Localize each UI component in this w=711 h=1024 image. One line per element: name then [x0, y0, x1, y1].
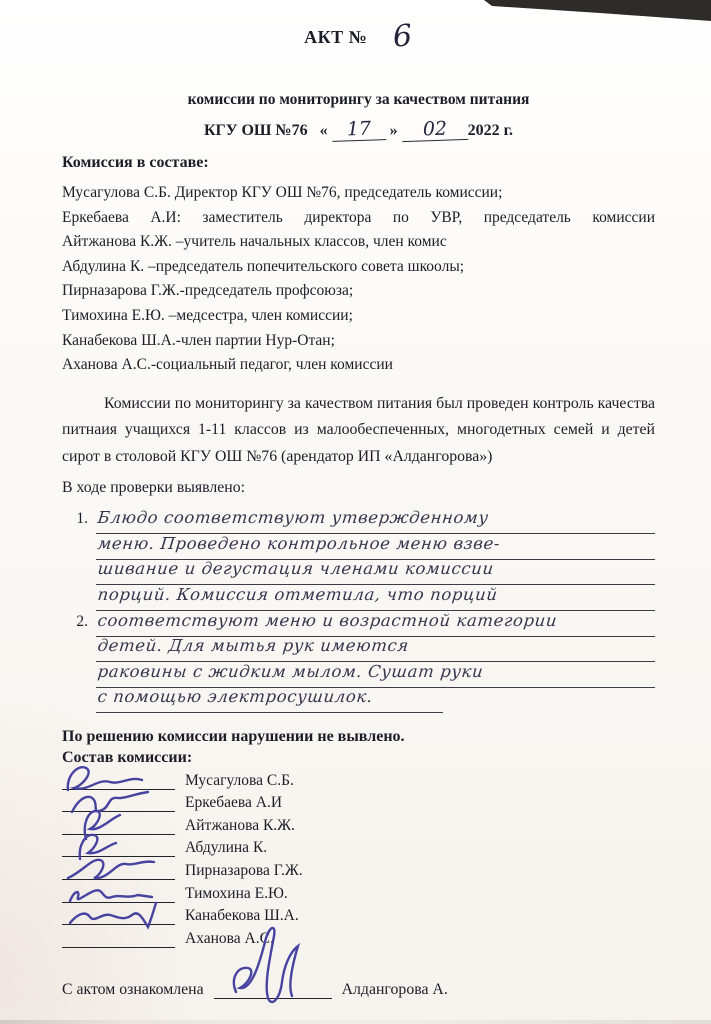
- finding-number: 2.: [62, 611, 96, 713]
- date-line: КГУ ОШ №76 « 17 » 022022 г.: [62, 118, 655, 141]
- signature-roster: Мусагулова С.Б. Еркебаева А.И Айтжанова …: [62, 767, 655, 948]
- signature-row: Еркебаева А.И: [62, 790, 655, 813]
- finding-item: 2. соответствуют меню и возрастной катег…: [62, 611, 655, 713]
- body-paragraph: Комиссии по мониторингу за качеством пит…: [62, 391, 655, 471]
- signature-row: Пирназарова Г.Ж.: [62, 857, 655, 880]
- acknowledgement-signature-mark: [214, 978, 332, 999]
- signer-name: Еркебаева А.И: [185, 794, 282, 812]
- open-quote: «: [320, 122, 328, 139]
- member-line: Канабекова Ш.А.-член партии Нур-Отан;: [62, 329, 655, 354]
- signer-name: Абдулина К.: [185, 839, 267, 857]
- document-subtitle: комиссии по мониторингу за качеством пит…: [62, 91, 655, 109]
- member-line: Айтжанова К.Ж. –учитель начальных классо…: [62, 230, 655, 255]
- signature-mark: [62, 856, 175, 880]
- handwritten-line: с помощью электросушилок.: [96, 687, 445, 713]
- signer-name: Мусагулова С.Б.: [185, 772, 294, 790]
- signature-line-empty: [62, 924, 175, 948]
- signature-row: Тимохина Е.Ю.: [62, 880, 655, 903]
- handwritten-line: порций. Комиссия отметила, что порций: [96, 585, 658, 611]
- handwritten-line: соответствуют меню и возрастной категори…: [96, 611, 658, 637]
- year-label: 2022 г.: [468, 122, 513, 139]
- signature-row: Канабекова Ш.А.: [62, 903, 655, 926]
- member-line: Пирназарова Г.Ж.-председатель профсоюза;: [62, 279, 655, 304]
- signature-row: Мусагулова С.Б.: [62, 767, 655, 790]
- document-page: АКТ №6 комиссии по мониторингу за качест…: [0, 0, 711, 999]
- day-handwritten: 17: [331, 117, 386, 142]
- signature-row: Айтжанова К.Ж.: [62, 812, 655, 835]
- signer-name: Тимохина Е.Ю.: [185, 885, 288, 903]
- decision-statement: По решению комиссии нарушении не вывлено…: [62, 728, 655, 746]
- signer-name: Пирназарова Г.Ж.: [185, 862, 303, 880]
- handwritten-line: Блюдо соответствуют утвержденному: [96, 508, 658, 534]
- close-quote: »: [390, 122, 398, 139]
- school-name: КГУ ОШ №76: [204, 122, 308, 139]
- commission-heading: Комиссия в составе:: [62, 154, 655, 172]
- signer-name: Айтжанова К.Ж.: [185, 817, 295, 835]
- finding-number: 1.: [62, 508, 96, 610]
- month-handwritten: 02: [401, 117, 468, 142]
- member-line: Абдулина К. –председатель попечительског…: [62, 255, 655, 280]
- member-line: Мусагулова С.Б. Директор КГУ ОШ №76, пре…: [62, 181, 655, 206]
- acknowledgement-row: С актом ознакомлена Алдангорова А.: [62, 978, 655, 999]
- handwritten-line: раковины с жидким мылом. Сушат руки: [96, 662, 658, 688]
- findings-heading: В ходе проверки выявлено:: [62, 479, 655, 497]
- signature-mark: [62, 766, 175, 790]
- acknowledged-by-name: Алдангорова А.: [342, 981, 448, 999]
- finding-handwritten-lines: Блюдо соответствуют утвержденному меню. …: [96, 508, 655, 610]
- scan-bottom-edge: [0, 1020, 711, 1024]
- scanned-act-document: { "colors": { "paper": "#f8f6f2", "ink":…: [0, 0, 711, 1024]
- member-line: Тимохина Е.Ю. –медсестра, член комиссии;: [62, 304, 655, 329]
- document-title: АКТ №6: [62, 16, 655, 51]
- signature-row: Аханова А.С.: [62, 925, 655, 948]
- handwritten-line: детей. Для мытья рук имеются: [96, 636, 658, 662]
- title-label: АКТ №: [304, 27, 367, 47]
- finding-item: 1. Блюдо соответствуют утвержденному мен…: [62, 508, 655, 610]
- signature-mark: [62, 902, 175, 926]
- act-number-handwritten: 6: [392, 18, 414, 54]
- handwritten-line: шивание и дегустация членами комиссии: [96, 559, 658, 585]
- finding-handwritten-lines: соответствуют меню и возрастной категори…: [96, 611, 655, 713]
- commission-members-list: Мусагулова С.Б. Директор КГУ ОШ №76, пре…: [62, 181, 655, 378]
- signature-mark: [62, 879, 175, 903]
- handwritten-line: меню. Проведено контрольное меню взве-: [96, 534, 658, 560]
- member-line: Еркебаева А.И: заместитель директора по …: [62, 206, 655, 231]
- findings-list: 1. Блюдо соответствуют утвержденному мен…: [62, 508, 655, 713]
- acknowledgement-label: С актом ознакомлена: [62, 981, 204, 999]
- member-line: Аханова А.С.-социальный педагог, член ко…: [62, 353, 655, 378]
